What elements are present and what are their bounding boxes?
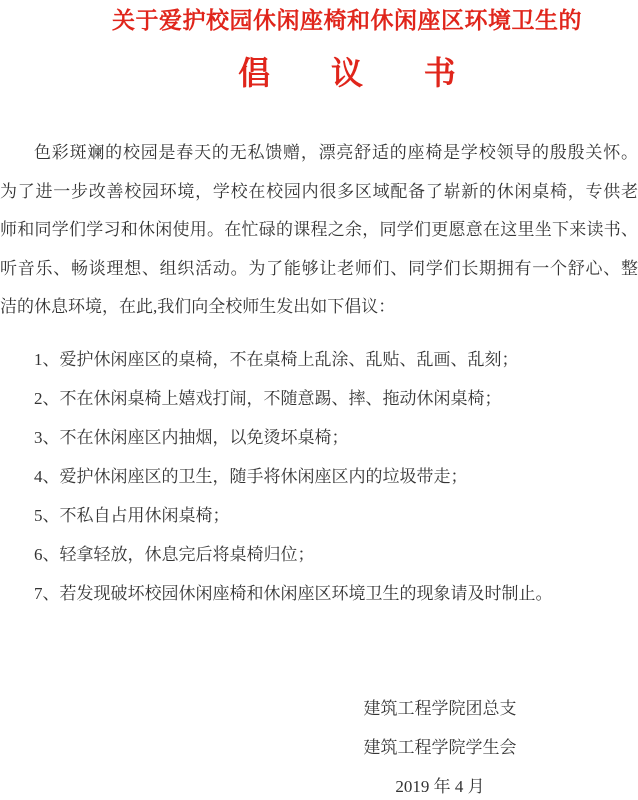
signature-block: 建筑工程学院团总支 建筑工程学院学生会 2019 年 4 月 [242,689,638,800]
proposal-list: 1、爱护休闲座区的桌椅，不在桌椅上乱涂、乱贴、乱画、乱刻； 2、不在休闲桌椅上嬉… [0,340,638,613]
proposal-item-3: 3、不在休闲座区内抽烟，以免烫坏桌椅； [0,418,638,457]
proposal-item-7: 7、若发现破坏校园休闲座椅和休闲座区环境卫生的现象请及时制止。 [0,574,638,613]
intro-paragraph: 色彩斑斓的校园是春天的无私馈赠，漂亮舒适的座椅是学校领导的殷殷关怀。 为了进一步… [0,134,638,327]
intro-line: 洁的休息环境，在此,我们向全校师生发出如下倡议： [0,288,638,327]
proposal-item-6: 6、轻拿轻放，休息完后将桌椅归位； [0,535,638,574]
proposal-item-2: 2、不在休闲桌椅上嬉戏打闹，不随意踢、摔、拖动休闲桌椅； [0,379,638,418]
proposal-item-1: 1、爱护休闲座区的桌椅，不在桌椅上乱涂、乱贴、乱画、乱刻； [0,340,638,379]
signature-date: 2019 年 4 月 [242,767,638,800]
intro-line: 师和同学们学习和休闲使用。在忙碌的课程之余，同学们更愿意在这里坐下来读书、 [0,211,638,250]
intro-line: 色彩斑斓的校园是春天的无私馈赠，漂亮舒适的座椅是学校领导的殷殷关怀。 [0,134,638,173]
signature-org-1: 建筑工程学院团总支 [242,689,638,728]
signature-org-2: 建筑工程学院学生会 [242,728,638,767]
document-title: 关于爱护校园休闲座椅和休闲座区环境卫生的 [56,0,638,36]
document-subtitle: 倡议书 [56,52,638,94]
proposal-item-5: 5、不私自占用休闲桌椅； [0,496,638,535]
intro-line: 听音乐、畅谈理想、组织活动。为了能够让老师们、同学们长期拥有一个舒心、整 [0,250,638,289]
proposal-document-page: 关于爱护校园休闲座椅和休闲座区环境卫生的 倡议书 色彩斑斓的校园是春天的无私馈赠… [0,0,638,800]
intro-line: 为了进一步改善校园环境，学校在校园内很多区域配备了崭新的休闲桌椅，专供老 [0,173,638,212]
proposal-item-4: 4、爱护休闲座区的卫生，随手将休闲座区内的垃圾带走； [0,457,638,496]
